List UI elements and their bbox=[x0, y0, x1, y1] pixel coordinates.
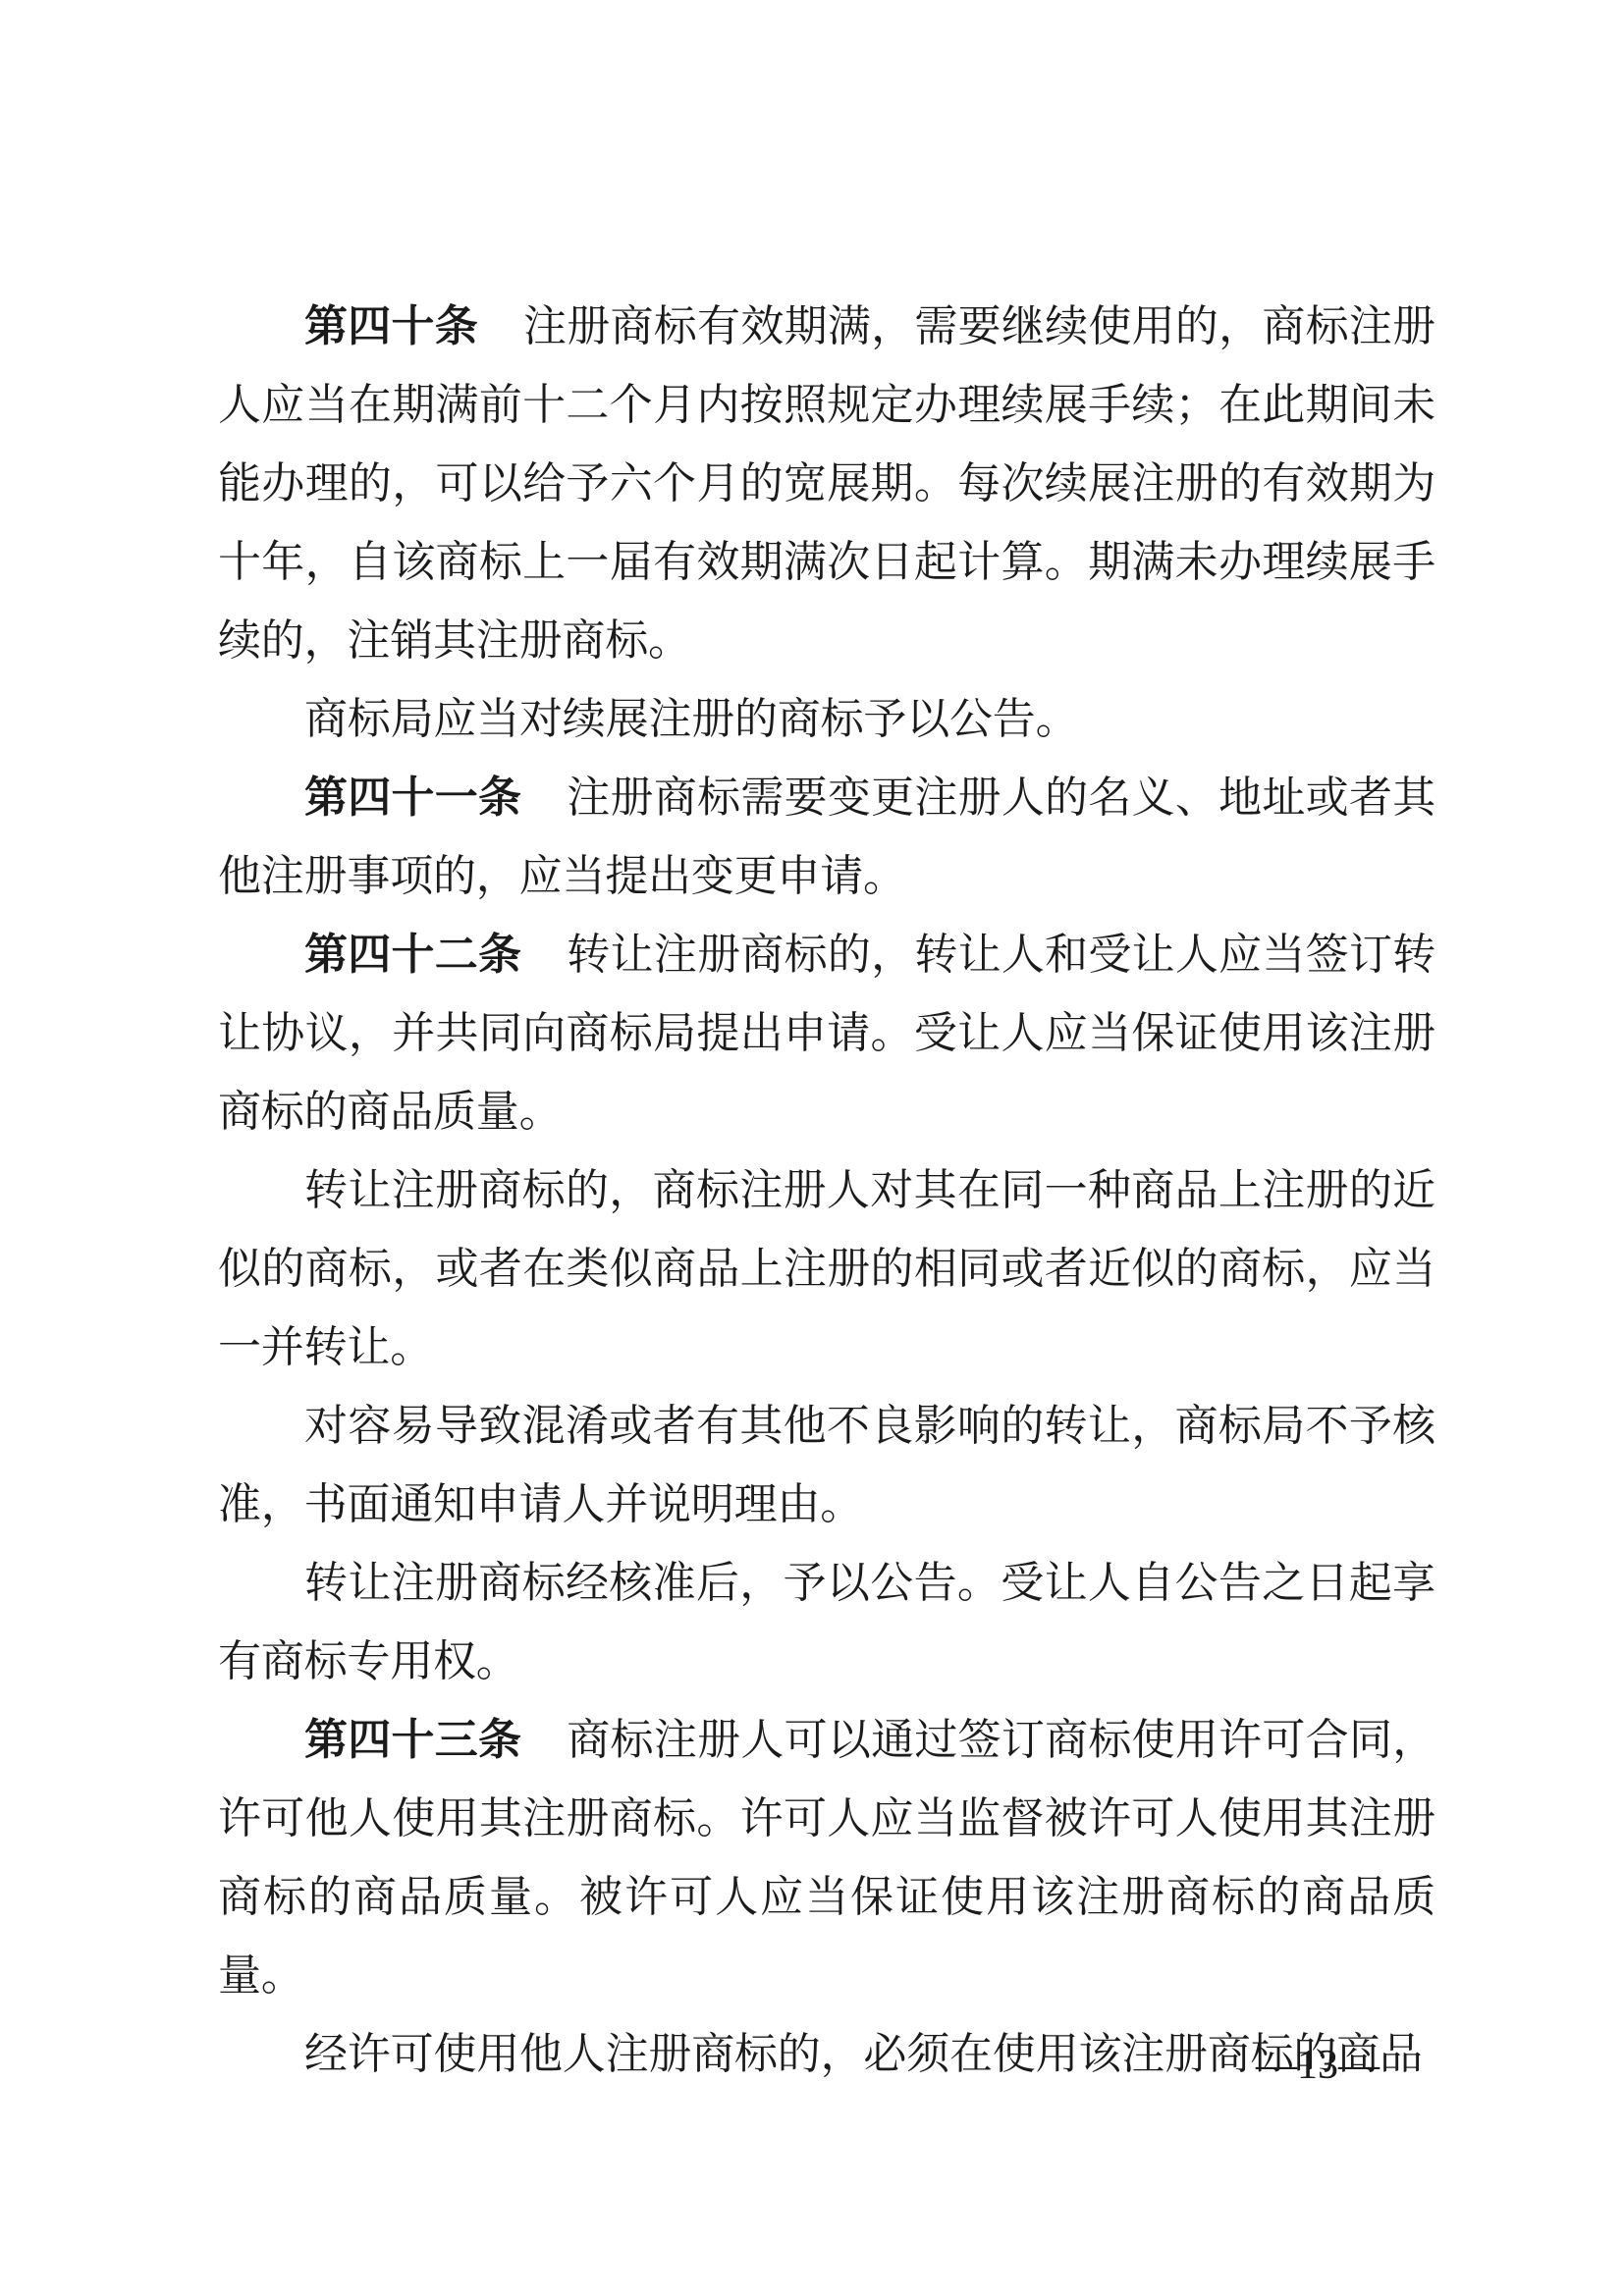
paragraph-text: 转让注册商标的，商标注册人对其在同一种商品上注册的近似的商标，或者在类似商品上注… bbox=[218, 1166, 1435, 1371]
paragraph: 第四十二条转让注册商标的，转让人和受让人应当签订转让协议，并共同向商标局提出申请… bbox=[218, 916, 1435, 1151]
article-number-heading: 第四十二条 bbox=[304, 931, 521, 979]
paragraph: 转让注册商标的，商标注册人对其在同一种商品上注册的近似的商标，或者在类似商品上注… bbox=[218, 1151, 1435, 1387]
paragraph-text: 经许可使用他人注册商标的，必须在使用该注册商标的商品 bbox=[304, 2030, 1423, 2078]
article-number-heading: 第四十一条 bbox=[304, 774, 521, 822]
article-number-heading: 第四十条 bbox=[304, 302, 478, 350]
paragraph-text: 商标局应当对续展注册的商标予以公告。 bbox=[304, 695, 1078, 743]
paragraph-text: 对容易导致混淆或者有其他不良影响的转让，商标局不予核准，书面通知申请人并说明理由… bbox=[218, 1402, 1435, 1528]
document-page: 第四十条注册商标有效期满，需要继续使用的，商标注册人应当在期满前十二个月内按照规… bbox=[0, 0, 1624, 2296]
paragraph: 第四十三条商标注册人可以通过签订商标使用许可合同，许可他人使用其注册商标。许可人… bbox=[218, 1701, 1435, 2015]
page-number: —13— bbox=[1256, 2044, 1380, 2087]
article-number-heading: 第四十三条 bbox=[304, 1716, 521, 1764]
paragraph: 商标局应当对续展注册的商标予以公告。 bbox=[218, 680, 1435, 759]
paragraph: 经许可使用他人注册商标的，必须在使用该注册商标的商品 bbox=[218, 2015, 1435, 2094]
paragraph-text: 转让注册商标经核准后，予以公告。受让人自公告之日起享有商标专用权。 bbox=[218, 1559, 1435, 1685]
paragraph: 第四十条注册商标有效期满，需要继续使用的，商标注册人应当在期满前十二个月内按照规… bbox=[218, 288, 1435, 680]
paragraph: 转让注册商标经核准后，予以公告。受让人自公告之日起享有商标专用权。 bbox=[218, 1544, 1435, 1701]
paragraph: 对容易导致混淆或者有其他不良影响的转让，商标局不予核准，书面通知申请人并说明理由… bbox=[218, 1387, 1435, 1544]
document-body: 第四十条注册商标有效期满，需要继续使用的，商标注册人应当在期满前十二个月内按照规… bbox=[218, 288, 1435, 2094]
paragraph: 第四十一条注册商标需要变更注册人的名义、地址或者其他注册事项的，应当提出变更申请… bbox=[218, 759, 1435, 916]
paragraph-text: 注册商标有效期满，需要继续使用的，商标注册人应当在期满前十二个月内按照规定办理续… bbox=[218, 302, 1435, 665]
